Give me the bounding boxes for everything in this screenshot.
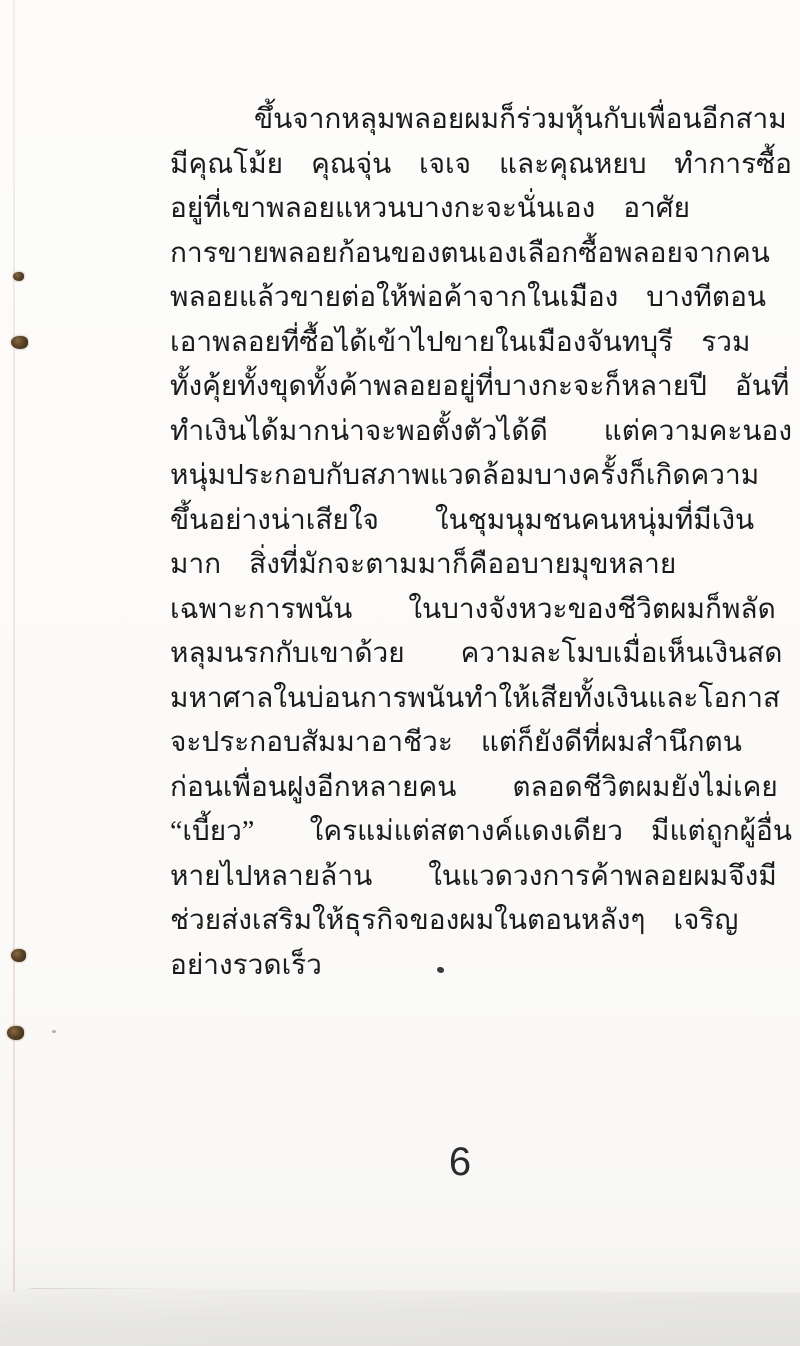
text-line: อยู่ที่เขาพลอยแหวนบางกะจะนั่นเอง อาศัยปร… [170,187,792,232]
binding-crease-line [13,0,15,1292]
text-line: มหาศาลในบ่อนการพนันทำให้เสียทั้งเงินและโ… [170,677,792,722]
text-line: หายไปหลายล้าน ในแวดวงการค้าพลอยผมจึงมีเค… [170,855,792,900]
page-number: 6 [380,1140,540,1185]
paper-speck [52,1030,56,1033]
staple-hole-mark [11,336,28,349]
text-line: ขึ้นอย่างน่าเสียใจ ในชุมนุมชนคนหนุ่มที่ม… [170,499,792,544]
text-line: ทั้งคุ้ยทั้งขุดทั้งค้าพลอยอยู่ที่บางกะจะ… [170,365,792,410]
text-line: หนุ่มประกอบกับสภาพแวดล้อมบางครั้งก็เกิดค… [170,454,792,499]
text-line: พลอยแล้วขายต่อให้พ่อค้าจากในเมือง บางทีต… [170,276,792,321]
text-line: มีคุณโม้ย คุณจุ่น เจเจ และคุณหยบ ทำการซื… [170,143,792,188]
text-line: ก่อนเพื่อนฝูงอีกหลายคน ตลอดชีวิตผมยังไม่… [170,766,792,811]
staple-hole-mark [13,272,24,281]
scanned-book-page: ขึ้นจากหลุมพลอยผมก็ร่วมหุ้นกับเพื่อนอีกส… [0,0,800,1346]
text-line: ช่วยส่งเสริมให้ธุรกิจของผมในตอนหลังๆ เจร… [170,899,792,944]
text-line: การขายพลอยก้อนของตนเองเลือกซื้อพลอยจากคน… [170,232,792,277]
stray-ink-dot [437,967,444,973]
text-line: “เบี้ยว” ใครแม่แต่สตางค์แดงเดียว มีแต่ถู… [170,810,792,855]
staple-hole-mark [11,949,26,962]
page-bottom-edge-shadow [0,1288,800,1346]
staple-hole-mark [7,1026,24,1040]
text-line: เฉพาะการพนัน ในบางจังหวะของชีวิตผมก็พลัด… [170,588,792,633]
text-line: หลุมนรกกับเขาด้วย ความละโมบเมื่อเห็นเงิน… [170,632,792,677]
text-line: ทำเงินได้มากน่าจะพอตั้งตัวได้ดี แต่ความค… [170,410,792,455]
text-line: อย่างรวดเร็ว [170,944,792,989]
text-line: ขึ้นจากหลุมพลอยผมก็ร่วมหุ้นกับเพื่อนอีกส… [170,98,792,143]
text-line: จะประกอบสัมมาอาชีวะ แต่ก็ยังดีที่ผมสำนึก… [170,721,792,766]
body-text-block: ขึ้นจากหลุมพลอยผมก็ร่วมหุ้นกับเพื่อนอีกส… [170,98,792,988]
text-line: เอาพลอยที่ซื้อได้เข้าไปขายในเมืองจันทบุร… [170,321,792,366]
text-line: มาก สิ่งที่มักจะตามมาก็คืออบายมุขหลายประ… [170,543,792,588]
